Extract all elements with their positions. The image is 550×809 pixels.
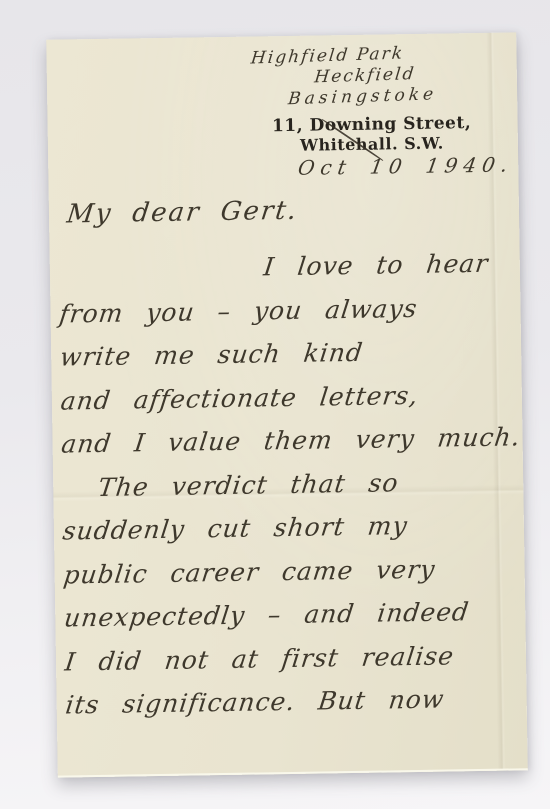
body-line: write me such kind (57, 335, 518, 386)
body-line: unexpectedly – and indeed (61, 596, 522, 647)
sender-address: Highfield Park Heckfield Basingstoke (241, 41, 488, 112)
body-line: I did not at first realise (61, 640, 522, 691)
body-line: I love to hear (55, 248, 516, 299)
body-line: its significance. But now (62, 683, 523, 734)
salutation: My dear Gert. (65, 196, 300, 230)
photo-backdrop: Highfield Park Heckfield Basingstoke 11,… (0, 0, 550, 809)
letter-date: Oct 10 1940. (296, 152, 515, 179)
printed-letterhead: 11, Downing Street, Whitehall. S.W. (251, 113, 492, 156)
letterhead-street-line: 11, Downing Street, (251, 113, 491, 137)
body-line: suddenly cut short my (59, 509, 520, 560)
body-line: and I value them very much. (58, 422, 519, 473)
body-line: The verdict that so (59, 466, 520, 517)
letter-body: I love to hear from you – you always wri… (58, 248, 521, 734)
letter-page: Highfield Park Heckfield Basingstoke 11,… (46, 32, 528, 777)
body-line: from you – you always (56, 292, 517, 343)
body-line: and affectionate letters, (57, 379, 518, 430)
body-line: public career came very (60, 553, 521, 604)
